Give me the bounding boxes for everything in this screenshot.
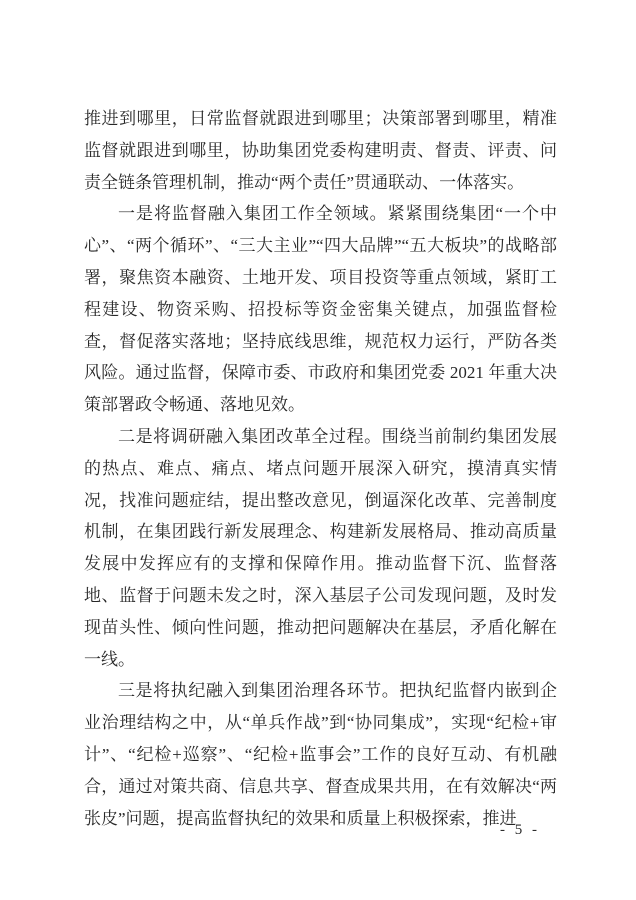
paragraph-point-one: 一是将监督融入集团工作全领域。紧紧围绕集团“一个中心”、“两个循环”、“三大主业…	[84, 198, 557, 421]
paragraph-point-three: 三是将执纪融入到集团治理各环节。把执纪监督内嵌到企业治理结构之中，从“单兵作战”…	[84, 675, 557, 834]
document-page: 推进到哪里，日常监督就跟进到哪里；决策部署到哪里，精准监督就跟进到哪里，协助集团…	[0, 0, 636, 900]
document-body: 推进到哪里，日常监督就跟进到哪里；决策部署到哪里，精准监督就跟进到哪里，协助集团…	[84, 103, 557, 834]
page-number: - 5 -	[84, 820, 557, 840]
paragraph-continuation: 推进到哪里，日常监督就跟进到哪里；决策部署到哪里，精准监督就跟进到哪里，协助集团…	[84, 103, 557, 198]
paragraph-point-two: 二是将调研融入集团改革全过程。围绕当前制约集团发展的热点、难点、痛点、堵点问题开…	[84, 421, 557, 675]
